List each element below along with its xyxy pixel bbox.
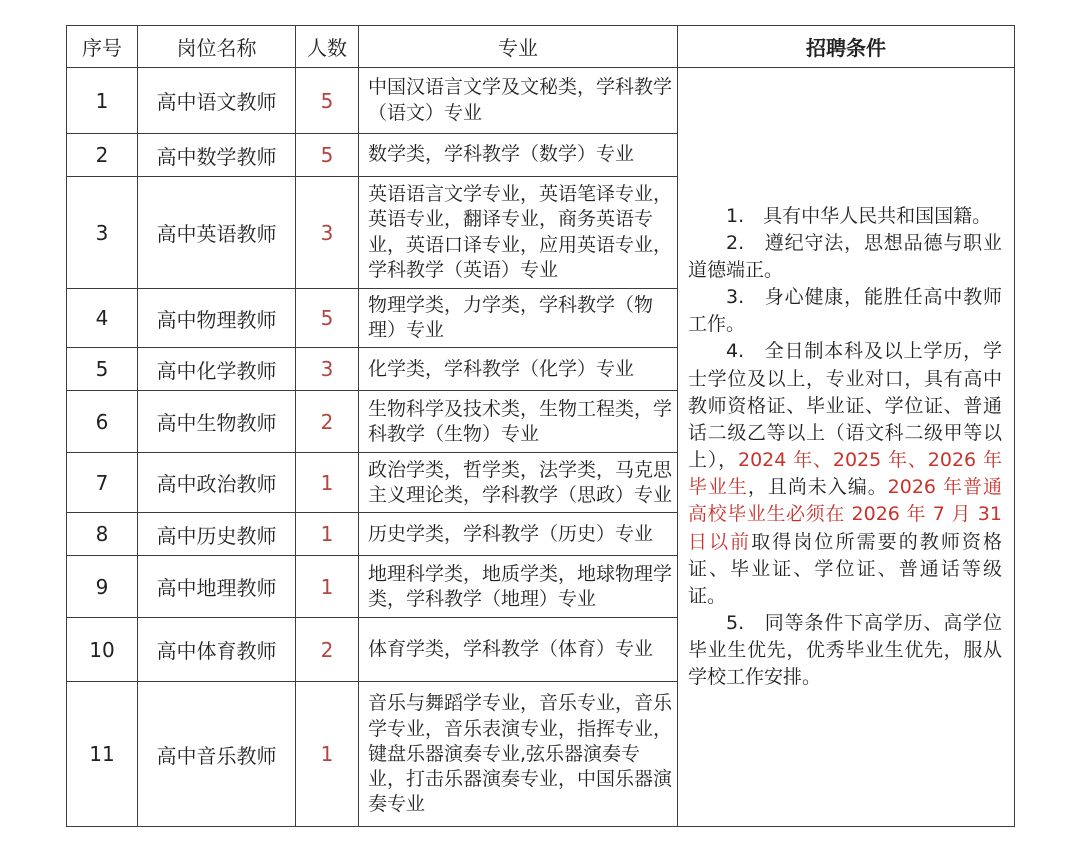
condition-paragraph: 2. 遵纪守法，思想品德与职业道德端正。 bbox=[688, 230, 1002, 284]
page: 序号 岗位名称 人数 专业 招聘条件 1 高中语文教师 5 中国汉语言文学及文秘… bbox=[0, 0, 1080, 851]
cell-position: 高中音乐教师 bbox=[138, 682, 296, 827]
recruitment-table: 序号 岗位名称 人数 专业 招聘条件 1 高中语文教师 5 中国汉语言文学及文秘… bbox=[66, 25, 1015, 827]
cell-count: 5 bbox=[296, 134, 359, 177]
cell-count: 3 bbox=[296, 348, 359, 391]
cell-index: 2 bbox=[67, 134, 138, 177]
header-position: 岗位名称 bbox=[138, 26, 296, 68]
cell-position: 高中地理教师 bbox=[138, 556, 296, 618]
cell-position: 高中政治教师 bbox=[138, 453, 296, 513]
cell-major: 化学类，学科教学（化学）专业 bbox=[359, 348, 678, 391]
cell-index: 4 bbox=[67, 289, 138, 348]
header-major: 专业 bbox=[359, 26, 678, 68]
cell-major: 生物科学及技术类，生物工程类，学科教学（生物）专业 bbox=[359, 391, 678, 453]
cell-count: 5 bbox=[296, 289, 359, 348]
cell-major: 中国汉语言文学及文秘类，学科教学（语文）专业 bbox=[359, 68, 678, 134]
cell-major: 数学类，学科教学（数学）专业 bbox=[359, 134, 678, 177]
cell-major: 历史学类，学科教学（历史）专业 bbox=[359, 513, 678, 556]
cell-index: 11 bbox=[67, 682, 138, 827]
cell-position: 高中历史教师 bbox=[138, 513, 296, 556]
cell-major: 地理科学类，地质学类，地球物理学类，学科教学（地理）专业 bbox=[359, 556, 678, 618]
cell-major: 音乐与舞蹈学专业，音乐专业，音乐学专业，音乐表演专业，指挥专业，键盘乐器演奏专业… bbox=[359, 682, 678, 827]
header-row: 序号 岗位名称 人数 专业 招聘条件 bbox=[67, 26, 1015, 68]
cell-index: 5 bbox=[67, 348, 138, 391]
cell-count: 1 bbox=[296, 453, 359, 513]
cell-count: 1 bbox=[296, 682, 359, 827]
header-index: 序号 bbox=[67, 26, 138, 68]
cell-count: 1 bbox=[296, 513, 359, 556]
cell-index: 3 bbox=[67, 177, 138, 289]
table-row: 1 高中语文教师 5 中国汉语言文学及文秘类，学科教学（语文）专业 1. 具有中… bbox=[67, 68, 1015, 134]
cell-position: 高中物理教师 bbox=[138, 289, 296, 348]
header-conditions: 招聘条件 bbox=[678, 26, 1015, 68]
cell-index: 9 bbox=[67, 556, 138, 618]
cell-count: 5 bbox=[296, 68, 359, 134]
cell-position: 高中体育教师 bbox=[138, 618, 296, 682]
condition-paragraph: 3. 身心健康，能胜任高中教师工作。 bbox=[688, 284, 1002, 338]
cell-position: 高中生物教师 bbox=[138, 391, 296, 453]
cell-major: 物理学类，力学类，学科教学（物理）专业 bbox=[359, 289, 678, 348]
condition-paragraph: 4. 全日制本科及以上学历，学士学位及以上，专业对口，具有高中教师资格证、毕业证… bbox=[688, 338, 1002, 610]
cell-position: 高中英语教师 bbox=[138, 177, 296, 289]
cell-major: 英语语言文学专业，英语笔译专业，英语专业，翻译专业，商务英语专业，英语口译专业，… bbox=[359, 177, 678, 289]
condition-paragraph: 1. 具有中华人民共和国国籍。 bbox=[688, 203, 1002, 230]
cell-index: 1 bbox=[67, 68, 138, 134]
cell-count: 2 bbox=[296, 618, 359, 682]
cell-count: 1 bbox=[296, 556, 359, 618]
cell-index: 10 bbox=[67, 618, 138, 682]
cell-index: 7 bbox=[67, 453, 138, 513]
cell-position: 高中数学教师 bbox=[138, 134, 296, 177]
cell-index: 8 bbox=[67, 513, 138, 556]
header-count: 人数 bbox=[296, 26, 359, 68]
cell-major: 体育学类，学科教学（体育）专业 bbox=[359, 618, 678, 682]
cell-position: 高中化学教师 bbox=[138, 348, 296, 391]
cell-count: 2 bbox=[296, 391, 359, 453]
condition-paragraph: 5. 同等条件下高学历、高学位毕业生优先，优秀毕业生优先，服从学校工作安排。 bbox=[688, 610, 1002, 691]
cell-count: 3 bbox=[296, 177, 359, 289]
conditions-cell: 1. 具有中华人民共和国国籍。 2. 遵纪守法，思想品德与职业道德端正。 3. … bbox=[678, 68, 1015, 827]
cell-position: 高中语文教师 bbox=[138, 68, 296, 134]
cell-major: 政治学类，哲学类，法学类，马克思主义理论类，学科教学（思政）专业 bbox=[359, 453, 678, 513]
recruitment-table-wrapper: 序号 岗位名称 人数 专业 招聘条件 1 高中语文教师 5 中国汉语言文学及文秘… bbox=[0, 0, 1080, 827]
cell-index: 6 bbox=[67, 391, 138, 453]
